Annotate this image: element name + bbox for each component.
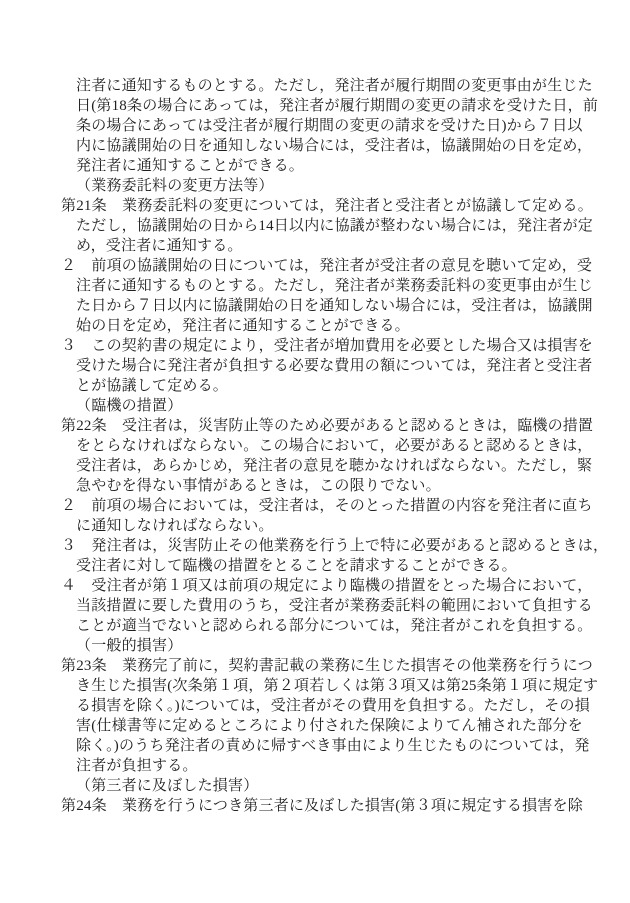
document-line: 内に協議開始の日を通知しない場合には，受注者は，協議開始の日を定め， <box>61 136 578 156</box>
document-line: 第23条 業務完了前に，契約書記載の業務に生じた損害その他業務を行うにつ <box>61 656 578 676</box>
document-line: き生じた損害(次条第１項，第２項若しくは第３項又は第25条第１項に規定す <box>61 676 578 696</box>
document-line: 第22条 受注者は，災害防止等のため必要があると認めるときは，臨機の措置 <box>61 416 578 436</box>
document-line: ２ 前項の協議開始の日については，発注者が受注者の意見を聴いて定め，受 <box>61 256 578 276</box>
document-line: をとらなければならない。この場合において，必要があると認めるときは， <box>61 436 578 456</box>
document-line: る損害を除く。)については，受注者がその費用を負担する。ただし，その損 <box>61 696 578 716</box>
document-line: 注者に通知するものとする。ただし，発注者が履行期間の変更事由が生じた <box>61 76 578 96</box>
document-line: 発注者に通知することができる。 <box>61 156 578 176</box>
document-line: 注者に通知するものとする。ただし，発注者が業務委託料の変更事由が生じ <box>61 276 578 296</box>
document-line: 受注者は，あらかじめ，発注者の意見を聴かなければならない。ただし，緊 <box>61 456 578 476</box>
document-line: ４ 受注者が第１項又は前項の規定により臨機の措置をとった場合において， <box>61 576 578 596</box>
document-line: ３ この契約書の規定により，受注者が増加費用を必要とした場合又は損害を <box>61 336 578 356</box>
document-line: 当該措置に要した費用のうち，受注者が業務委託料の範囲において負担する <box>61 596 578 616</box>
contract-document-page: 注者に通知するものとする。ただし，発注者が履行期間の変更事由が生じた日(第18条… <box>0 0 630 903</box>
document-line: （業務委託料の変更方法等） <box>61 176 578 196</box>
contract-lines: 注者に通知するものとする。ただし，発注者が履行期間の変更事由が生じた日(第18条… <box>61 76 578 816</box>
document-line: （一般的損害） <box>61 636 578 656</box>
document-line: ただし，協議開始の日から14日以内に協議が整わない場合には，発注者が定 <box>61 216 578 236</box>
document-line: め，受注者に通知する。 <box>61 236 578 256</box>
document-line: 受けた場合に発注者が負担する必要な費用の額については，発注者と受注者 <box>61 356 578 376</box>
document-line: 条の場合にあっては受注者が履行期間の変更の請求を受けた日)から７日以 <box>61 116 578 136</box>
document-line: 日(第18条の場合にあっては，発注者が履行期間の変更の請求を受けた日，前 <box>61 96 578 116</box>
document-line: 始の日を定め，発注者に通知することができる。 <box>61 316 578 336</box>
document-line: 急やむを得ない事情があるときは，この限りでない。 <box>61 476 578 496</box>
document-line: ２ 前項の場合においては，受注者は，そのとった措置の内容を発注者に直ち <box>61 496 578 516</box>
document-line: 受注者に対して臨機の措置をとることを請求することができる。 <box>61 556 578 576</box>
document-line: ３ 発注者は，災害防止その他業務を行う上で特に必要があると認めるときは， <box>61 536 578 556</box>
document-line: 第24条 業務を行うにつき第三者に及ぼした損害(第３項に規定する損害を除 <box>61 796 578 816</box>
document-line: た日から７日以内に協議開始の日を通知しない場合には，受注者は，協議開 <box>61 296 578 316</box>
document-line: に通知しなければならない。 <box>61 516 578 536</box>
document-line: 害(仕様書等に定めるところにより付された保険によりてん補された部分を <box>61 716 578 736</box>
document-line: とが協議して定める。 <box>61 376 578 396</box>
document-line: ことが適当でないと認められる部分については，発注者がこれを負担する。 <box>61 616 578 636</box>
document-line: 除く。)のうち発注者の責めに帰すべき事由により生じたものについては，発 <box>61 736 578 756</box>
document-line: （第三者に及ぼした損害） <box>61 776 578 796</box>
document-line: 注者が負担する。 <box>61 756 578 776</box>
document-line: 第21条 業務委託料の変更については，発注者と受注者とが協議して定める。 <box>61 196 578 216</box>
document-line: （臨機の措置） <box>61 396 578 416</box>
